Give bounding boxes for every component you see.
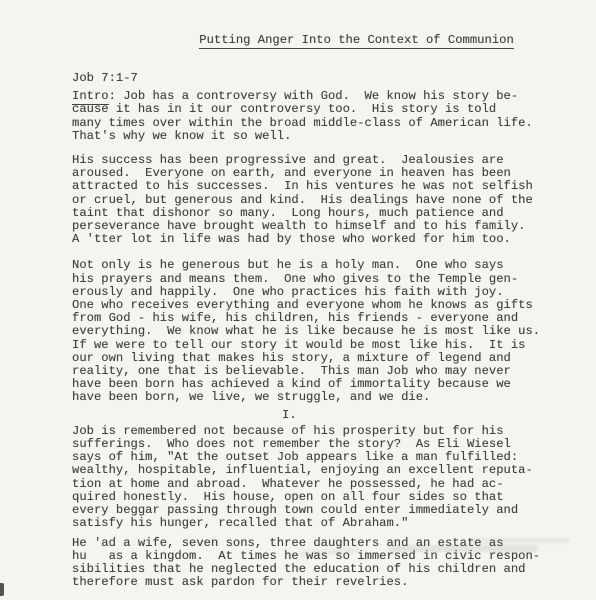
paragraph-remembered: Job is remembered not because of his pro… [72,425,552,531]
scripture-reference: Job 7:1-7 [72,72,552,85]
intro-paragraph-text: : Job has a controversy with God. We kno… [72,89,533,143]
paragraph-success: His success has been progressive and gre… [72,154,552,246]
title-row: Putting Anger Into the Context of Commun… [170,19,552,63]
document-title: Putting Anger Into the Context of Commun… [199,33,514,49]
document-page: Putting Anger Into the Context of Commun… [0,0,596,600]
section-heading-one: I. [282,409,552,422]
scan-edge-mark [0,583,4,596]
paragraph-holy-man: Not only is he generous but he is a holy… [72,259,552,404]
intro-paragraph: Intro: Job has a controversy with God. W… [72,90,552,143]
paragraph-family: He 'ad a wife, seven sons, three daughte… [72,537,552,590]
